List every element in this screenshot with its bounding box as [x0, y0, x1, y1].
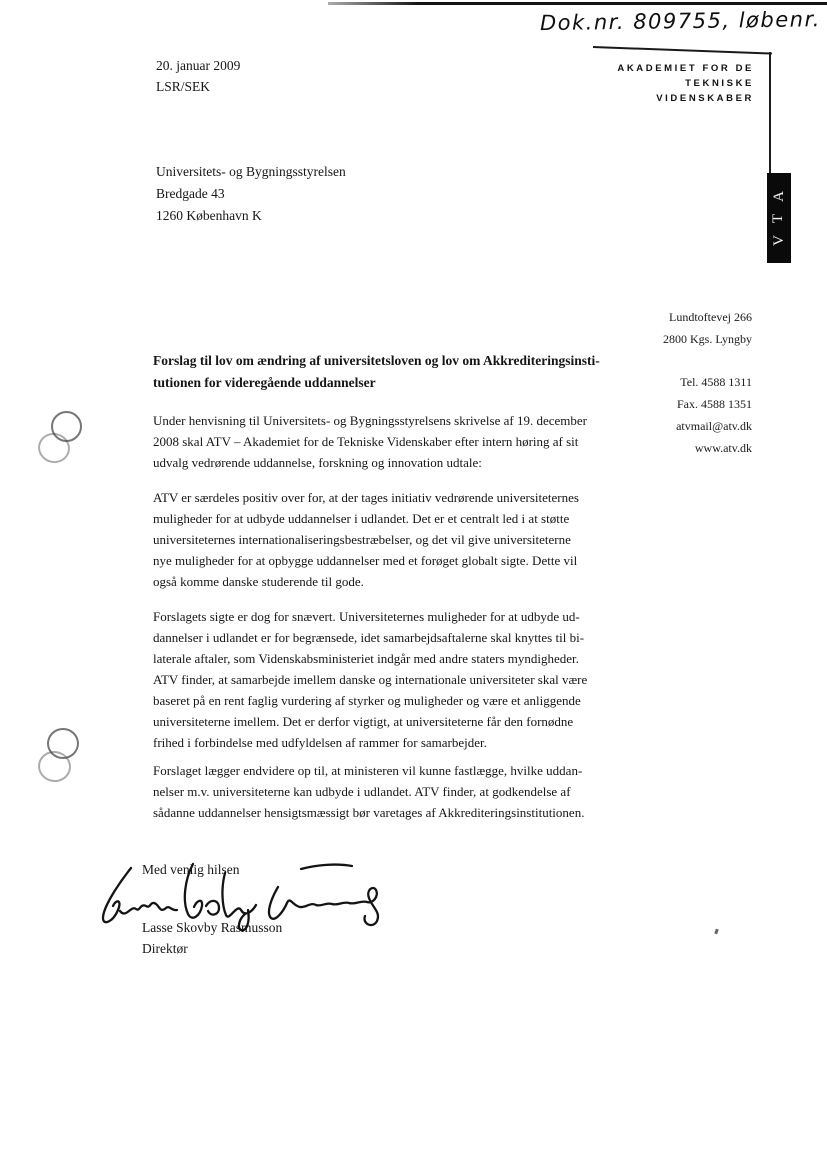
right-edge-rule	[769, 52, 771, 174]
subject-heading: Forslag til lov om ændring af universite…	[153, 350, 600, 394]
text-line: baseret på en rent faglig vurdering af s…	[153, 690, 631, 711]
text-line: Universitets- og Bygningsstyrelsen	[156, 161, 346, 183]
text-line: laterale aftaler, som Videnskabsminister…	[153, 648, 631, 669]
body-paragraph: Forslagets sigte er dog for snævert. Uni…	[153, 606, 631, 753]
text-line: universiteternes internationaliseringsbe…	[153, 529, 631, 550]
letterhead-address: Lundtoftevej 2662800 Kgs. Lyngby	[663, 306, 752, 350]
body-paragraph: ATV er særdeles positiv over for, at der…	[153, 487, 631, 592]
org-name-line: AKADEMIET FOR DE	[617, 61, 754, 76]
scan-speck	[714, 929, 719, 935]
text-line: universiteterne imellem. Det er derfor v…	[153, 711, 631, 732]
text-line: ATV finder, at samarbejde imellem danske…	[153, 669, 631, 690]
atv-logo-letter: V	[772, 235, 787, 246]
text-line: Bredgade 43	[156, 183, 346, 205]
org-name-line: TEKNISKE	[617, 76, 754, 91]
text-line: nye muligheder for at opbygge uddannelse…	[153, 550, 631, 571]
text-line: Forslaget lægger endvidere op til, at mi…	[153, 760, 631, 781]
text-line: 2800 Kgs. Lyngby	[663, 328, 752, 350]
text-line: 2008 skal ATV – Akademiet for de Teknisk…	[153, 431, 631, 452]
signer-name: Lasse Skovby Rasmusson	[142, 917, 282, 938]
text-line: Lundtoftevej 266	[663, 306, 752, 328]
text-line: sådanne uddannelser hensigtsmæssigt bør …	[153, 802, 631, 823]
letter-date: 20. januar 2009	[156, 55, 240, 76]
letterhead-phone-web: Tel. 4588 1311Fax. 4588 1351atvmail@atv.…	[663, 371, 752, 459]
text-line: også komme danske studerende til gode.	[153, 571, 631, 592]
atv-logo-letter: A	[772, 191, 787, 202]
letterhead-org-name: AKADEMIET FOR DE TEKNISKE VIDENSKABER	[617, 61, 754, 106]
underline-scan-rule	[593, 46, 772, 55]
text-line: muligheder for at udbyde uddannelser i u…	[153, 508, 631, 529]
text-line: Forslagets sigte er dog for snævert. Uni…	[153, 606, 631, 627]
date-reference-block: 20. januar 2009 LSR/SEK	[156, 55, 240, 97]
signer-title: Direktør	[142, 938, 282, 959]
text-line: Under henvisning til Universitets- og By…	[153, 410, 631, 431]
text-line: atvmail@atv.dk	[663, 415, 752, 437]
text-line: Fax. 4588 1351	[663, 393, 752, 415]
body-paragraph: Forslaget lægger endvidere op til, at mi…	[153, 760, 631, 823]
handwritten-doc-number: Dok.nr. 809755, løbenr. 0	[540, 7, 827, 35]
text-line: ATV er særdeles positiv over for, at der…	[153, 487, 631, 508]
text-line: www.atv.dk	[663, 437, 752, 459]
top-scan-rule	[328, 2, 827, 5]
scanned-letter-page: Dok.nr. 809755, løbenr. 0 AKADEMIET FOR …	[0, 0, 827, 1170]
recipient-address: Universitets- og BygningsstyrelsenBredga…	[156, 161, 346, 227]
atv-logo-letter: T	[771, 213, 786, 222]
text-line: Forslag til lov om ændring af universite…	[153, 350, 600, 372]
atv-logo: A T V	[767, 173, 791, 263]
letterhead-contact-block: Lundtoftevej 2662800 Kgs. Lyngby Tel. 45…	[663, 306, 752, 459]
text-line: udvalg vedrørende uddannelse, forskning …	[153, 452, 631, 473]
org-name-line: VIDENSKABER	[617, 91, 754, 106]
text-line: dannelser i udlandet er for begrænsede, …	[153, 627, 631, 648]
text-line: 1260 København K	[156, 205, 346, 227]
text-line: Tel. 4588 1311	[663, 371, 752, 393]
text-line: nelser m.v. universiteterne kan udbyde i…	[153, 781, 631, 802]
text-line: tutionen for videregående uddannelser	[153, 372, 600, 394]
body-paragraph: Under henvisning til Universitets- og By…	[153, 410, 631, 473]
text-line: frihed i forbindelse med udfyldelsen af …	[153, 732, 631, 753]
letter-reference: LSR/SEK	[156, 76, 240, 97]
signer-block: Lasse Skovby Rasmusson Direktør	[142, 917, 282, 959]
